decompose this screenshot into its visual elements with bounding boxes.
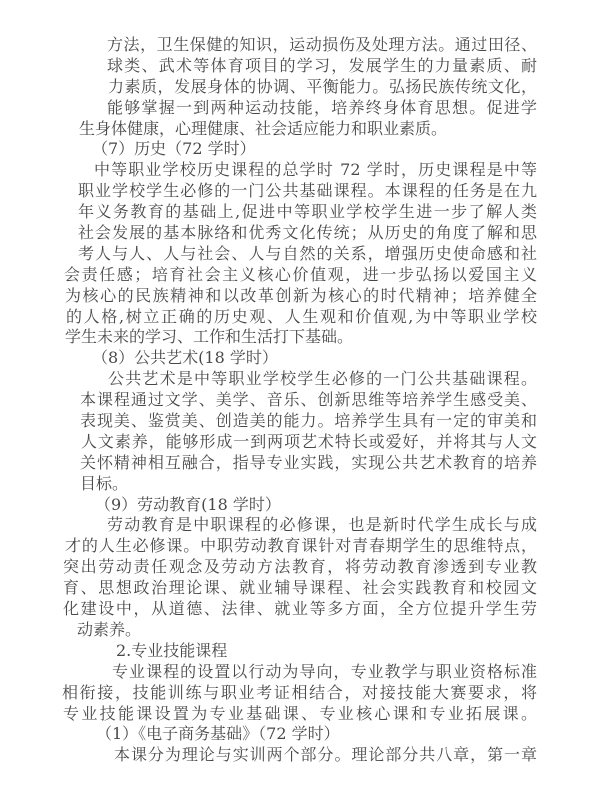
text-line-2: 球类、武术等体育项目的学习，发展学生的力量素质、耐: [62, 56, 537, 77]
text-line-20: 人文素养，能够形成一到两项艺术特长或爱好，并将其与人文: [62, 432, 537, 453]
text-line-29: 动素养。: [62, 620, 537, 641]
text-line-7: 中等职业学校历史课程的总学时 72 学时，历史课程是中等: [62, 160, 537, 181]
text-line-13: 为核心的民族精神和以改革创新为核心的时代精神；培养健全: [62, 286, 537, 307]
text-line-30: 2.专业技能课程: [62, 641, 537, 662]
text-line-4: 能够掌握一到两种运动技能，培养终身体育思想。促进学: [62, 98, 537, 119]
text-line-9: 年义务教育的基础上,促进中等职业学校学生进一步了解人类: [62, 202, 537, 223]
text-line-34: （1）《电子商务基础》（72 学时）: [62, 724, 537, 745]
text-line-32: 相衔接，技能训练与职业考证相结合，对接技能大赛要求，将: [62, 683, 537, 704]
text-line-19: 表现美、鉴赏美、创造美的能力。培养学生具有一定的审美和: [62, 411, 537, 432]
text-line-14: 的人格,树立正确的历史观、人生观和价值观,为中等职业学校: [62, 307, 537, 328]
text-line-17: 公共艺术是中等职业学校学生必修的一门公共基础课程。: [62, 369, 537, 390]
text-line-27: 育、思想政治理论课、就业辅导课程、社会实践教育和校园文: [62, 578, 537, 599]
text-line-8: 职业学校学生必修的一门公共基础课程。本课程的任务是在九: [62, 181, 537, 202]
text-line-15: 学生未来的学习、工作和生活打下基础。: [62, 327, 537, 348]
text-line-1: 方法，卫生保健的知识，运动损伤及处理方法。通过田径、: [62, 35, 537, 56]
text-line-6: （7）历史（72 学时）: [62, 139, 537, 160]
text-line-10: 社会发展的基本脉络和优秀文化传统；从历史的角度了解和思: [62, 223, 537, 244]
text-line-11: 考人与人、人与社会、人与自然的关系，增强历史使命感和社: [62, 244, 537, 265]
text-line-5: 生身体健康，心理健康、社会适应能力和职业素质。: [62, 119, 537, 140]
text-line-24: 劳动教育是中职课程的必修课，也是新时代学生成长与成: [62, 515, 537, 536]
text-line-21: 关怀精神相互融合，指导专业实践，实现公共艺术教育的培养: [62, 453, 537, 474]
text-line-33: 专业技能课设置为专业基础课、专业核心课和专业拓展课。: [62, 704, 537, 725]
text-line-28: 化建设中，从道德、法律、就业等多方面，全方位提升学生劳: [62, 599, 537, 620]
text-line-12: 会责任感；培育社会主义核心价值观，进一步弘扬以爱国主义: [62, 265, 537, 286]
text-line-16: （8）公共艺术(18 学时）: [62, 348, 537, 369]
text-line-22: 目标。: [62, 474, 537, 495]
text-line-31: 专业课程的设置以行动为导向，专业教学与职业资格标准: [62, 662, 537, 683]
text-line-26: 突出劳动责任观念及劳动方法教育，将劳动教育渗透到专业教: [62, 557, 537, 578]
text-line-18: 本课程通过文学、美学、音乐、创新思维等培养学生感受美、: [62, 390, 537, 411]
text-line-25: 才的人生必修课。中职劳动教育课针对青春期学生的思维特点，: [62, 536, 537, 557]
text-line-23: （9）劳动教育(18 学时）: [62, 495, 537, 516]
text-line-35: 本课分为理论与实训两个部分。理论部分共八章，第一章: [62, 745, 537, 766]
page-text: 方法，卫生保健的知识，运动损伤及处理方法。通过田径、球类、武术等体育项目的学习，…: [62, 35, 537, 766]
document-page: 方法，卫生保健的知识，运动损伤及处理方法。通过田径、球类、武术等体育项目的学习，…: [0, 0, 600, 800]
text-line-3: 力素质，发展身体的协调、平衡能力。弘扬民族传统文化，: [62, 77, 537, 98]
